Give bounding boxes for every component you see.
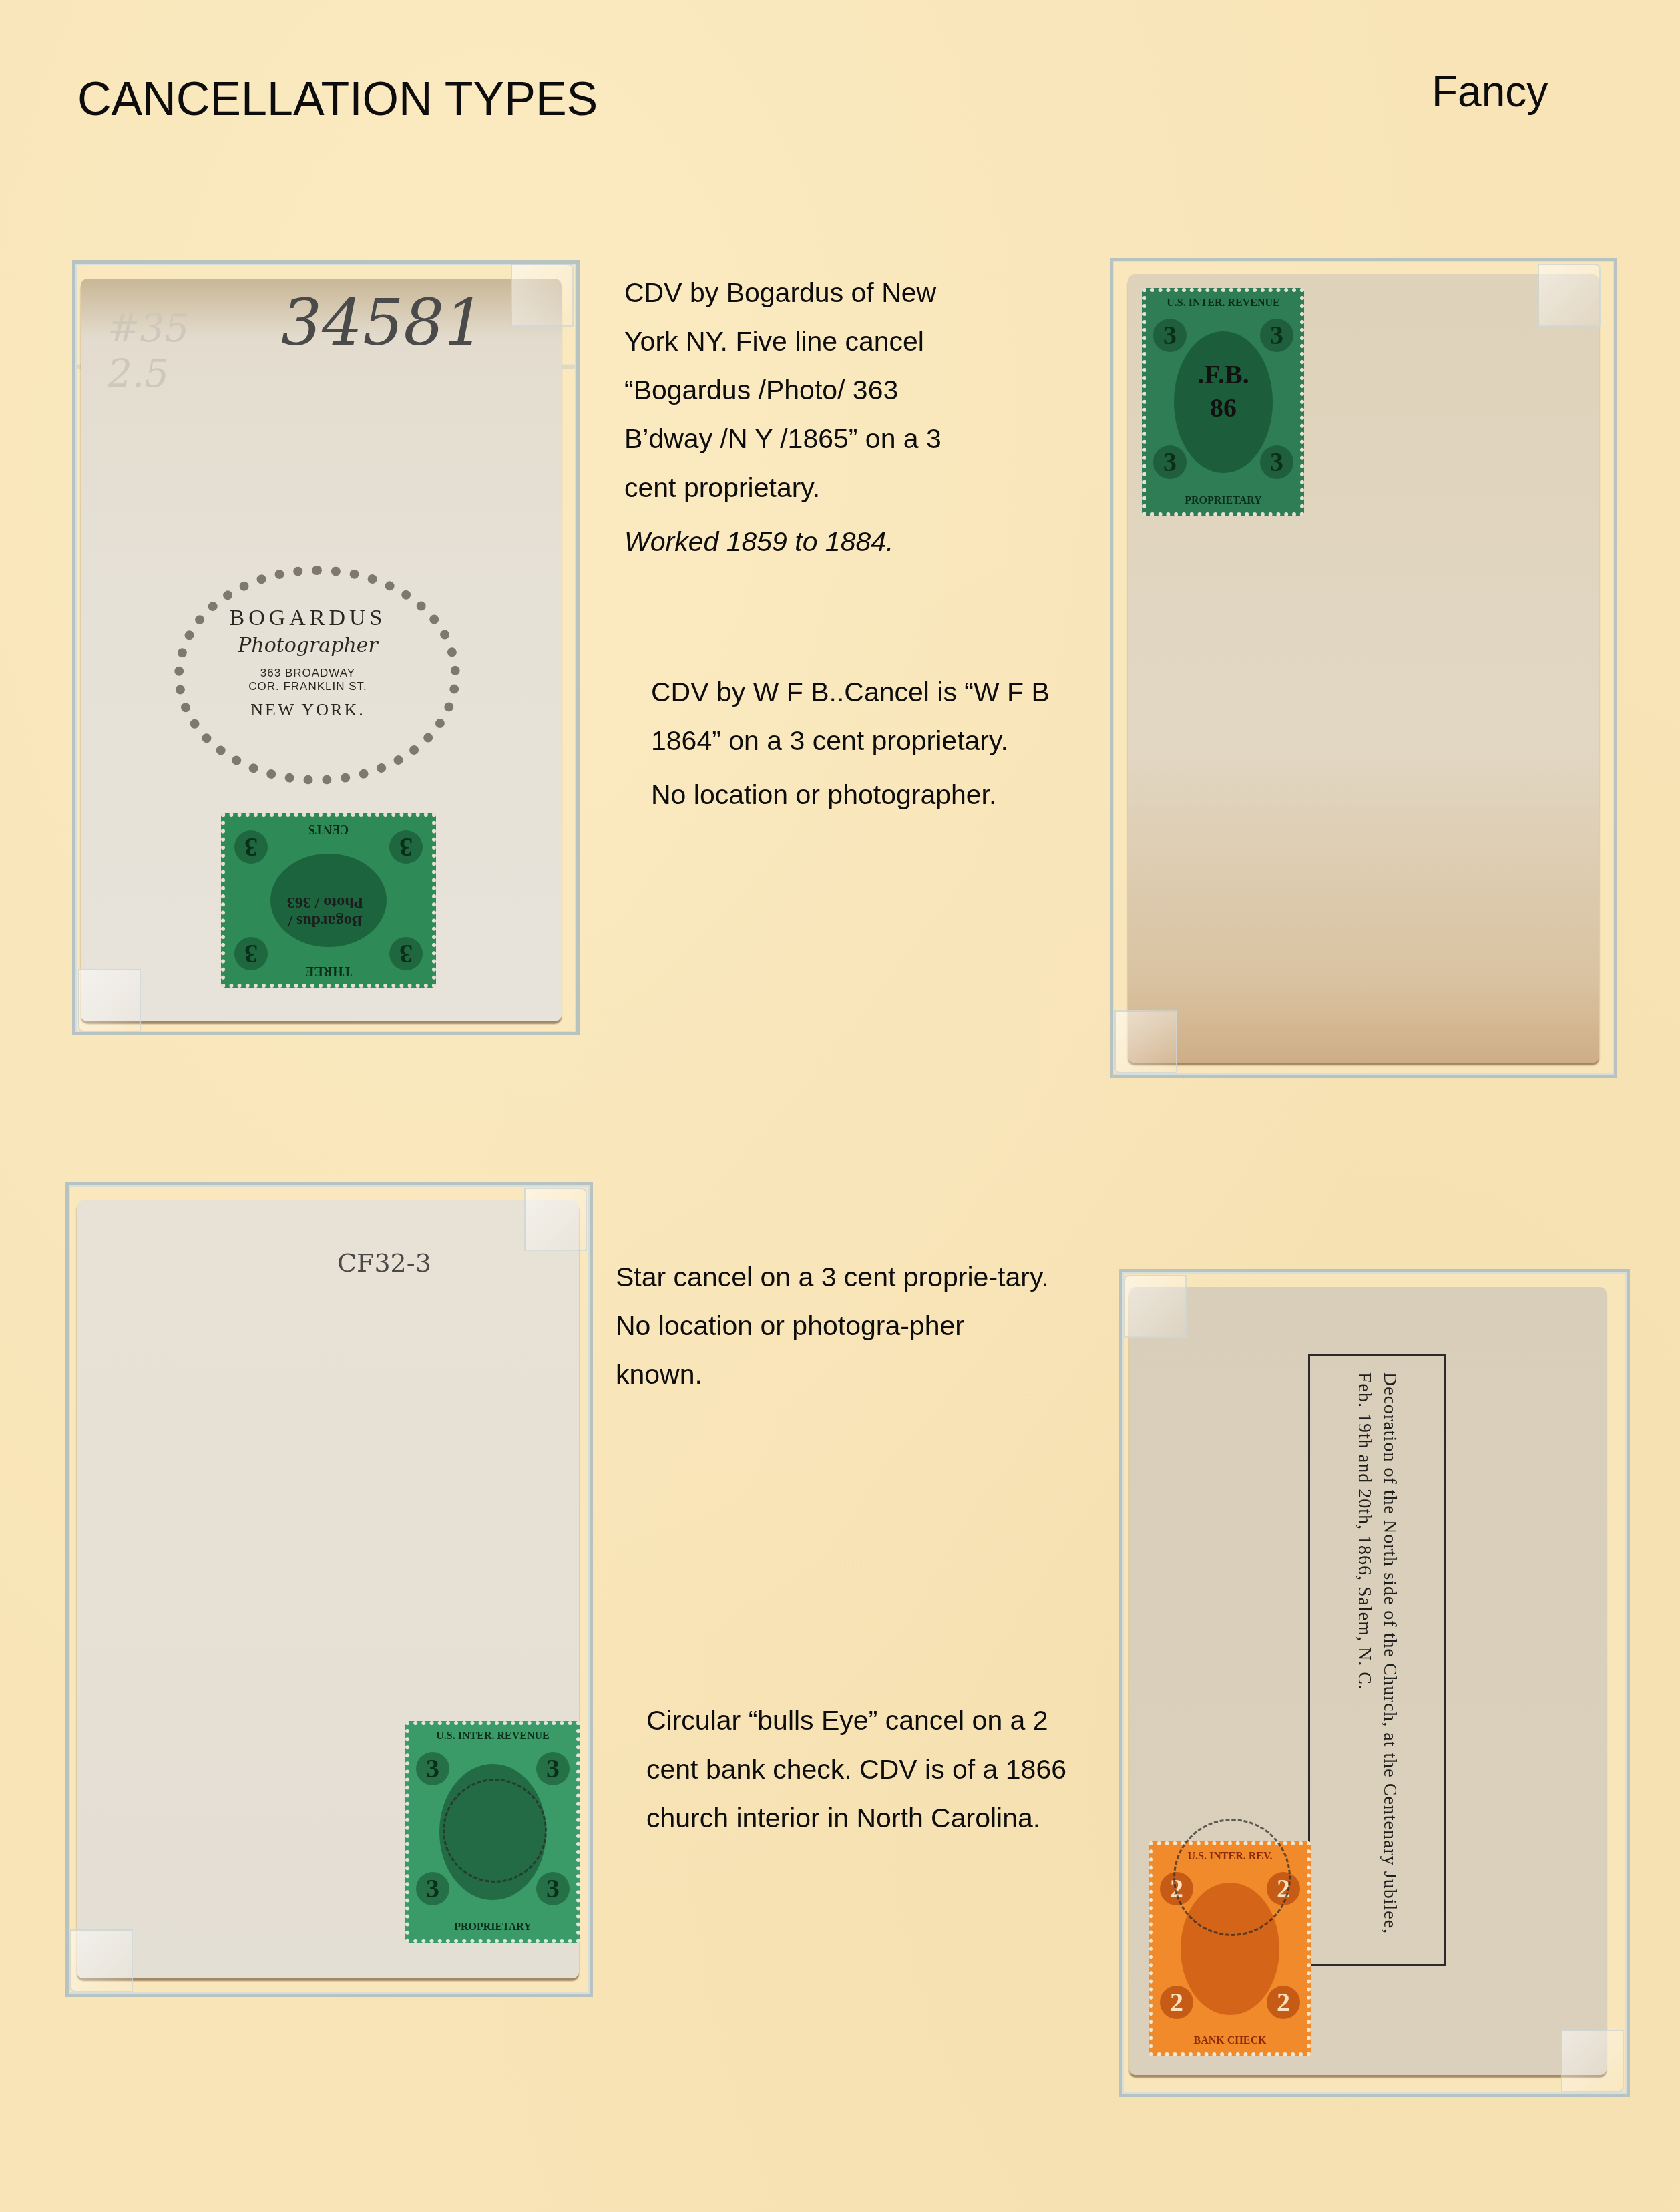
bulls-eye-cancel-mark: [1173, 1819, 1291, 1936]
stamp-footer: PROPRIETARY: [1146, 495, 1300, 507]
cdv-mount-4: Decoration of the North side of the Chur…: [1119, 1269, 1630, 2097]
stamp-denomination: 2: [1160, 1986, 1193, 2019]
stamp-footer: PROPRIETARY: [409, 1921, 576, 1933]
imprint-address-line2: COR. FRANKLIN ST.: [188, 680, 428, 693]
revenue-stamp-3c-proprietary: THREE 3 3 3 3 CENTS Bogardus / Photo / 3…: [221, 813, 436, 988]
stamp-denomination: 3: [536, 1752, 570, 1785]
description-bulls-eye: Circular “bulls Eye” cancel on a 2 cent …: [646, 1696, 1080, 1843]
cdv-mount-1: 34581 #35 2.5 BOGARDUS Photographer 363 …: [72, 260, 580, 1035]
stamp-footer: BANK CHECK: [1153, 2035, 1307, 2047]
pencil-inventory-number: CF32-3: [337, 1248, 431, 1278]
revenue-stamp-2c-bank-check: U.S. INTER. REV. 2 2 2 2 BANK CHECK: [1149, 1841, 1311, 2056]
revenue-stamp-3c-proprietary: U.S. INTER. REVENUE 3 3 3 3 PROPRIETARY …: [1142, 288, 1304, 516]
description-star-cancel: Star cancel on a 3 cent proprie-tary. No…: [616, 1253, 1056, 1399]
imprint-address-line1: 363 BROADWAY: [188, 667, 428, 680]
cdv-mount-3: CF32-3 U.S. INTER. REVENUE 3 3 3 3 PROPR…: [65, 1182, 593, 1997]
photo-caption: Decoration of the North side of the Chur…: [1351, 1372, 1402, 1947]
description-wfb: CDV by W F B..Cancel is “W F B 1864” on …: [651, 668, 1092, 819]
stamp-footer: CENTS: [225, 822, 432, 836]
description-bogardus: CDV by Bogardus of New York NY. Five lin…: [624, 268, 985, 566]
imprint-role: Photographer: [188, 634, 428, 657]
pencil-inventory-number: 34581: [281, 285, 485, 360]
cdv-card-wfb: U.S. INTER. REVENUE 3 3 3 3 PROPRIETARY …: [1128, 274, 1599, 1063]
stamp-denomination: 3: [1153, 445, 1187, 479]
stamp-header: U.S. INTER. REVENUE: [1146, 297, 1300, 309]
stamp-denomination: 2: [1267, 1986, 1300, 2019]
stamp-header: U.S. INTER. REVENUE: [409, 1730, 576, 1742]
page-title: CANCELLATION TYPES: [77, 72, 598, 126]
faint-pencil-note: #35 2.5: [108, 305, 201, 396]
cdv-card-star-cancel: CF32-3 U.S. INTER. REVENUE 3 3 3 3 PROPR…: [77, 1200, 579, 1978]
description-text: CDV by Bogardus of New York NY. Five lin…: [624, 268, 985, 512]
description-text: Circular “bulls Eye” cancel on a 2 cent …: [646, 1696, 1080, 1843]
category-label: Fancy: [1432, 67, 1548, 116]
wfb-cancel-line2: 86: [1187, 392, 1260, 423]
description-text: CDV by W F B..Cancel is “W F B 1864” on …: [651, 668, 1092, 765]
mount-corner: [1538, 264, 1601, 327]
stamp-denomination: 3: [536, 1872, 570, 1905]
mount-corner: [524, 1188, 587, 1251]
wfb-cancel-line1: .F.B.: [1187, 359, 1260, 390]
mount-corner: [1124, 1275, 1187, 1338]
revenue-stamp-3c-proprietary: U.S. INTER. REVENUE 3 3 3 3 PROPRIETARY: [405, 1721, 580, 1943]
stamp-denomination: 3: [416, 1872, 449, 1905]
five-line-cancel: Bogardus / Photo / 363: [278, 893, 372, 930]
mount-corner: [78, 969, 141, 1032]
mount-corner: [511, 264, 574, 327]
mount-corner: [70, 1929, 133, 1992]
photographer-imprint: BOGARDUS Photographer 363 BROADWAY COR. …: [188, 606, 428, 720]
description-note: Worked 1859 to 1884.: [624, 518, 985, 566]
stamp-denomination: 3: [1153, 319, 1187, 352]
cdv-card-bogardus: 34581 #35 2.5 BOGARDUS Photographer 363 …: [81, 279, 562, 1021]
stamp-denomination: 3: [389, 937, 423, 970]
description-note: No location or photographer.: [651, 771, 1092, 819]
description-text: Star cancel on a 3 cent proprie-tary. No…: [616, 1253, 1056, 1399]
mount-corner: [1114, 1010, 1177, 1073]
imprint-city: NEW YORK.: [188, 700, 428, 720]
mount-corner: [1561, 2030, 1624, 2092]
stamp-denomination: 3: [1260, 319, 1293, 352]
stamp-denomination: 3: [1260, 445, 1293, 479]
imprint-name: BOGARDUS: [188, 606, 428, 631]
cdv-mount-2: U.S. INTER. REVENUE 3 3 3 3 PROPRIETARY …: [1110, 258, 1617, 1078]
stamp-denomination: 3: [234, 937, 268, 970]
star-cancel-mark: [443, 1779, 547, 1883]
stamp-denomination: 3: [416, 1752, 449, 1785]
photo-caption-box: Decoration of the North side of the Chur…: [1308, 1354, 1446, 1966]
cdv-card-church: Decoration of the North side of the Chur…: [1129, 1287, 1607, 2075]
